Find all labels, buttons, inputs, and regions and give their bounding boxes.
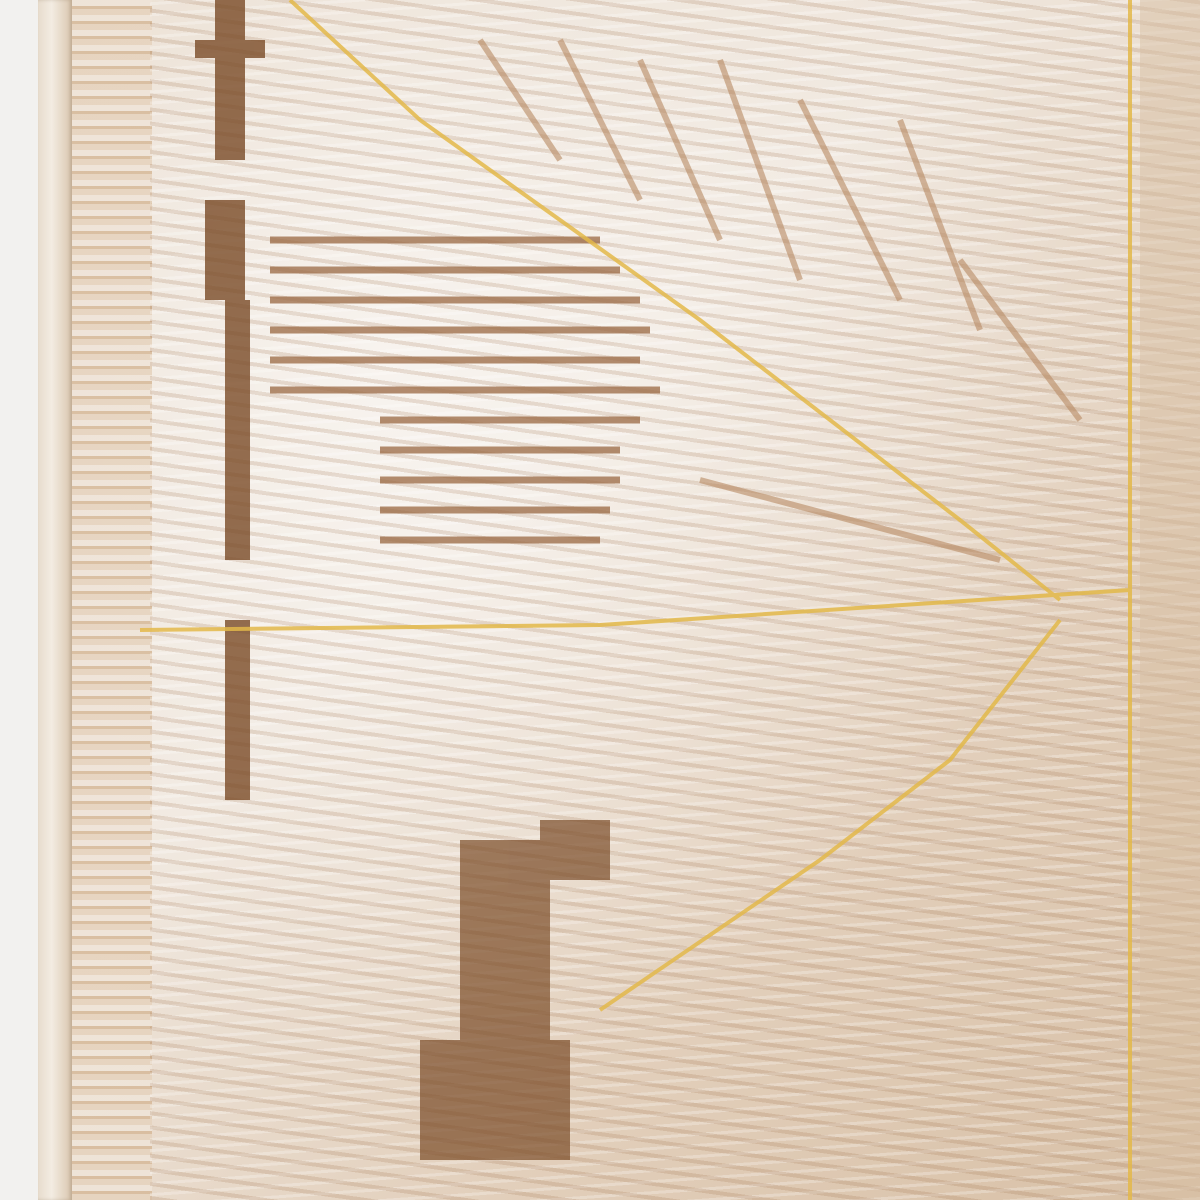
lower-motif	[420, 820, 610, 1160]
gold-lines	[140, 0, 1130, 1200]
border-motif	[195, 0, 265, 800]
hatched-block	[270, 240, 660, 540]
right-band	[1140, 0, 1200, 1200]
rug-pattern	[0, 0, 1200, 1200]
